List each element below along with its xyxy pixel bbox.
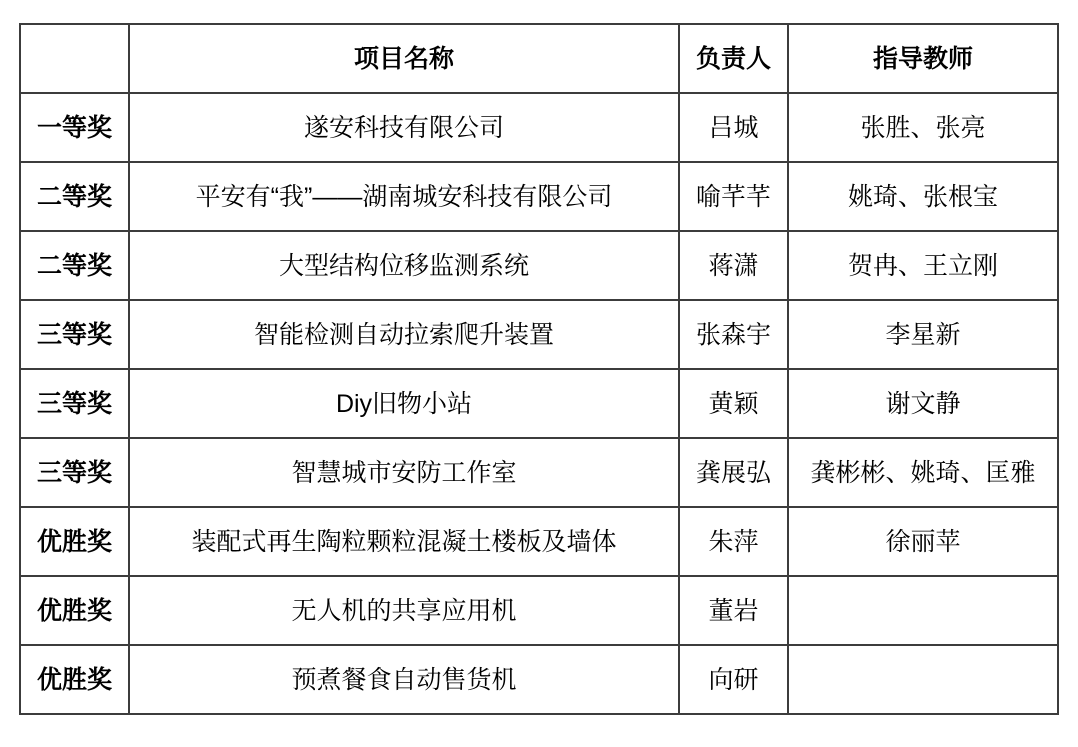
teachers-cell: 贺冉、王立刚 bbox=[788, 231, 1058, 300]
leader-cell: 龚展弘 bbox=[679, 438, 788, 507]
teachers-cell bbox=[788, 576, 1058, 645]
award-cell: 优胜奖 bbox=[20, 645, 129, 714]
project-name-cell: 智慧城市安防工作室 bbox=[129, 438, 679, 507]
teachers-cell: 徐丽苹 bbox=[788, 507, 1058, 576]
table-row: 三等奖Diy旧物小站黄颖谢文静 bbox=[20, 369, 1058, 438]
table-row: 优胜奖预煮餐食自动售货机向研 bbox=[20, 645, 1058, 714]
teachers-cell: 姚琦、张根宝 bbox=[788, 162, 1058, 231]
header-award bbox=[20, 24, 129, 93]
teachers-cell bbox=[788, 645, 1058, 714]
table-row: 二等奖平安有“我”——湖南城安科技有限公司喻芊芊姚琦、张根宝 bbox=[20, 162, 1058, 231]
table-header-row: 项目名称 负责人 指导教师 bbox=[20, 24, 1058, 93]
project-name-cell: 遂安科技有限公司 bbox=[129, 93, 679, 162]
award-cell: 一等奖 bbox=[20, 93, 129, 162]
table-row: 三等奖智慧城市安防工作室龚展弘龚彬彬、姚琦、匡雅 bbox=[20, 438, 1058, 507]
teachers-cell: 李星新 bbox=[788, 300, 1058, 369]
header-project-name: 项目名称 bbox=[129, 24, 679, 93]
table-row: 一等奖遂安科技有限公司吕城张胜、张亮 bbox=[20, 93, 1058, 162]
table-row: 优胜奖装配式再生陶粒颗粒混凝土楼板及墙体朱萍徐丽苹 bbox=[20, 507, 1058, 576]
project-name-cell: 大型结构位移监测系统 bbox=[129, 231, 679, 300]
header-leader: 负责人 bbox=[679, 24, 788, 93]
leader-cell: 张森宇 bbox=[679, 300, 788, 369]
award-cell: 优胜奖 bbox=[20, 576, 129, 645]
leader-cell: 董岩 bbox=[679, 576, 788, 645]
teachers-cell: 谢文静 bbox=[788, 369, 1058, 438]
awards-table: 项目名称 负责人 指导教师 一等奖遂安科技有限公司吕城张胜、张亮二等奖平安有“我… bbox=[19, 23, 1059, 715]
award-cell: 三等奖 bbox=[20, 369, 129, 438]
award-cell: 优胜奖 bbox=[20, 507, 129, 576]
award-cell: 三等奖 bbox=[20, 300, 129, 369]
leader-cell: 黄颖 bbox=[679, 369, 788, 438]
header-teachers: 指导教师 bbox=[788, 24, 1058, 93]
award-cell: 三等奖 bbox=[20, 438, 129, 507]
table-row: 优胜奖无人机的共享应用机董岩 bbox=[20, 576, 1058, 645]
project-name-cell: 智能检测自动拉索爬升装置 bbox=[129, 300, 679, 369]
project-name-cell: 平安有“我”——湖南城安科技有限公司 bbox=[129, 162, 679, 231]
award-cell: 二等奖 bbox=[20, 162, 129, 231]
teachers-cell: 张胜、张亮 bbox=[788, 93, 1058, 162]
teachers-cell: 龚彬彬、姚琦、匡雅 bbox=[788, 438, 1058, 507]
table-body: 一等奖遂安科技有限公司吕城张胜、张亮二等奖平安有“我”——湖南城安科技有限公司喻… bbox=[20, 93, 1058, 714]
award-cell: 二等奖 bbox=[20, 231, 129, 300]
leader-cell: 朱萍 bbox=[679, 507, 788, 576]
project-name-cell: 预煮餐食自动售货机 bbox=[129, 645, 679, 714]
leader-cell: 蒋潇 bbox=[679, 231, 788, 300]
leader-cell: 向研 bbox=[679, 645, 788, 714]
project-name-cell: 装配式再生陶粒颗粒混凝土楼板及墙体 bbox=[129, 507, 679, 576]
table-row: 二等奖大型结构位移监测系统蒋潇贺冉、王立刚 bbox=[20, 231, 1058, 300]
table-row: 三等奖智能检测自动拉索爬升装置张森宇李星新 bbox=[20, 300, 1058, 369]
leader-cell: 吕城 bbox=[679, 93, 788, 162]
project-name-cell: Diy旧物小站 bbox=[129, 369, 679, 438]
leader-cell: 喻芊芊 bbox=[679, 162, 788, 231]
project-name-cell: 无人机的共享应用机 bbox=[129, 576, 679, 645]
